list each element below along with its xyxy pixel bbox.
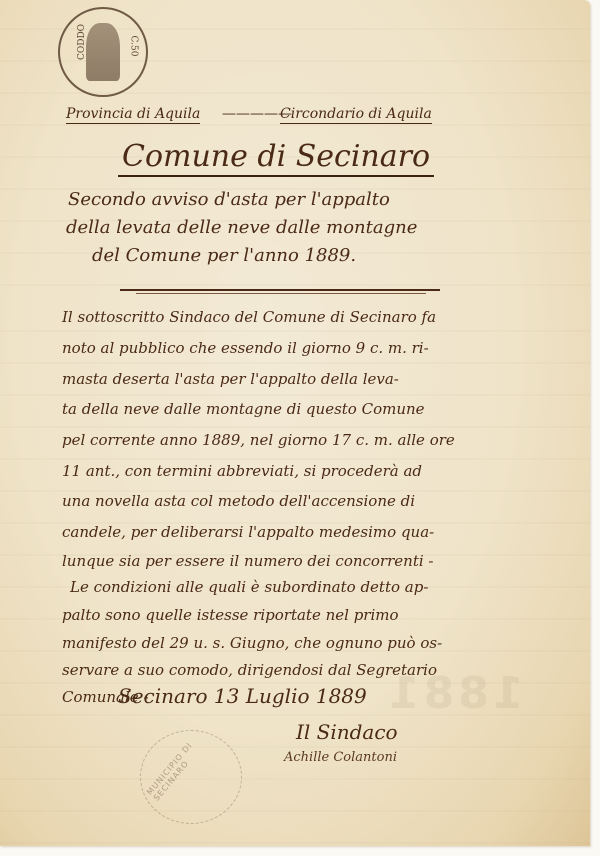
body-line: palto sono quelle istesse riportate nel …: [62, 606, 399, 624]
body-line: masta deserta l'asta per l'appalto della…: [62, 370, 399, 388]
divider-rule-secondary: [136, 293, 426, 294]
body-line: lunque sia per essere il numero dei conc…: [62, 552, 433, 570]
stamp-value: C.50: [129, 36, 139, 57]
municipal-seal: MUNICIPIO DI SECINARO: [140, 730, 242, 824]
seated-figure-icon: [86, 23, 120, 81]
stamp-left-text: CODDO: [77, 24, 87, 60]
body-line: Il sottoscritto Sindaco del Comune di Se…: [62, 308, 436, 326]
divider-rule: [120, 289, 440, 291]
subtitle-line-2: della levata delle neve dalle montagne: [66, 217, 417, 238]
subtitle-line-1: Secondo avviso d'asta per l'appalto: [68, 189, 390, 210]
body-line: 11 ant., con termini abbreviati, si proc…: [62, 462, 422, 480]
body-line: manifesto del 29 u. s. Giugno, che ognun…: [62, 634, 442, 652]
body-line: pel corrente anno 1889, nel giorno 17 c.…: [62, 431, 455, 449]
date-line: Secinaro 13 Luglio 1889: [118, 684, 367, 708]
body-line: una novella asta col metodo dell'accensi…: [62, 492, 415, 510]
paper-ruling: [0, 0, 590, 846]
body-line: noto al pubblico che essendo il giorno 9…: [62, 339, 429, 357]
body-line: servare a suo comodo, dirigendosi dal Se…: [62, 661, 437, 679]
body-line: Le condizioni alle quali è subordinato d…: [70, 578, 428, 596]
header-district: Circondario di Aquila: [280, 106, 432, 122]
signature-title: Il Sindaco: [296, 720, 398, 744]
signature-name: Achille Colantoni: [284, 750, 397, 765]
bleed-through-watermark: 1881: [385, 668, 523, 719]
subtitle-line-3: del Comune per l'anno 1889.: [92, 245, 356, 266]
body-line: candele, per deliberarsi l'appalto medes…: [62, 523, 434, 541]
header-province: Provincia di Aquila: [66, 106, 200, 122]
document-page: CODDO C.50 Provincia di Aquila ————— Cir…: [0, 0, 590, 846]
body-line: ta della neve dalle montagne di questo C…: [62, 400, 425, 418]
revenue-stamp: CODDO C.50: [58, 7, 148, 97]
document-title: Comune di Secinaro: [118, 139, 434, 177]
